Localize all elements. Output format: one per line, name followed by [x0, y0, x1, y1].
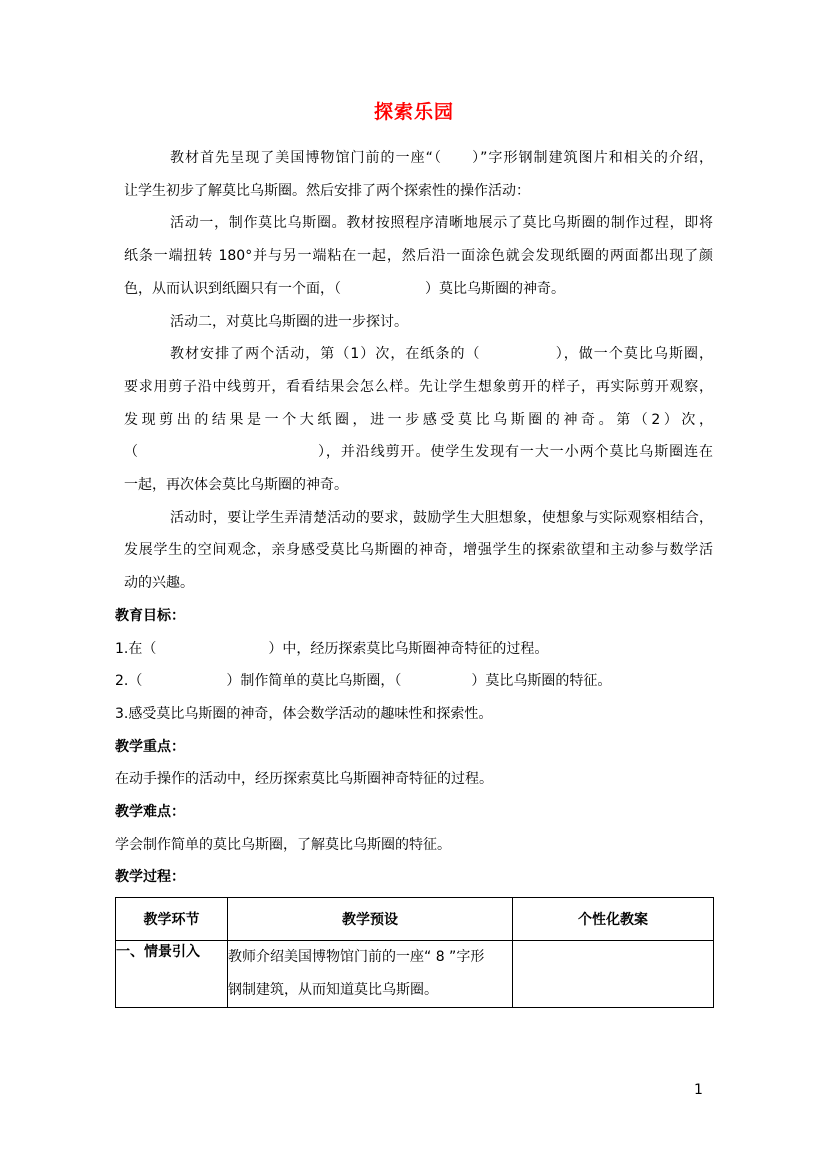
paragraph-line: 色，从而认识到纸圈只有一个面，（ ）莫比乌斯圈的神奇。 [124, 273, 713, 306]
paragraph-line: 学会制作简单的莫比乌斯圈，了解莫比乌斯圈的特征。 [115, 829, 713, 862]
page-number: 1 [694, 1081, 703, 1099]
header-cell-preset: 教学预设 [228, 898, 513, 941]
numbered-item: 2.（ ）制作简单的莫比乌斯圈，（ ）莫比乌斯圈的特征。 [115, 665, 713, 698]
paragraph-line: 活动一，制作莫比乌斯圈。教材按照程序清晰地展示了莫比乌斯圈的制作过程，即将 [124, 207, 713, 240]
section-heading-difficulties: 教学难点： [115, 796, 713, 829]
document-body: 教材首先呈现了美国博物馆门前的一座“（ ）”字形钢制建筑图片和相关的介绍， 让学… [115, 142, 713, 894]
cell-personalized [513, 941, 714, 1008]
header-cell-custom: 个性化教案 [513, 898, 714, 941]
cell-stage: 一、情景引入 [116, 941, 228, 1008]
table-header-row: 教学环节 教学预设 个性化教案 [116, 898, 714, 941]
cell-preset-line: 钢制建筑，从而知道莫比乌斯圈。 [228, 974, 512, 1007]
teaching-process-table: 教学环节 教学预设 个性化教案 一、情景引入 教师介绍美国博物馆门前的一座“ 8… [115, 897, 714, 1008]
section-heading-key-points: 教学重点： [115, 731, 713, 764]
paragraph-line: 活动时，要让学生弄清楚活动的要求，鼓励学生大胆想象，使想象与实际观察相结合， [124, 502, 713, 535]
paragraph-line: （ ），并沿线剪开。使学生发现有一大一小两个莫比乌斯圈连在 [124, 436, 713, 469]
paragraph-line: 一起，再次体会莫比乌斯圈的神奇。 [124, 469, 713, 502]
paragraph-line: 要求用剪子沿中线剪开，看看结果会怎么样。先让学生想象剪开的样子，再实际剪开观察， [124, 371, 713, 404]
paragraph-line: 动的兴趣。 [124, 567, 713, 600]
paragraph-line: 教材首先呈现了美国博物馆门前的一座“（ ）”字形钢制建筑图片和相关的介绍， [124, 142, 713, 175]
paragraph-line: 让学生初步了解莫比乌斯圈。然后安排了两个探索性的操作活动： [124, 175, 713, 208]
section-heading-objectives: 教育目标： [115, 600, 713, 633]
paragraph-line: 发现剪出的结果是一个大纸圈，进一步感受莫比乌斯圈的神奇。第（2）次， [124, 404, 713, 437]
table-row: 一、情景引入 教师介绍美国博物馆门前的一座“ 8 ”字形 钢制建筑，从而知道莫比… [116, 941, 714, 1008]
paragraph-line: 教材安排了两个活动，第（1）次，在纸条的（ ），做一个莫比乌斯圈， [124, 338, 713, 371]
paragraph-line: 活动二，对莫比乌斯圈的进一步探讨。 [124, 306, 713, 339]
cell-preset-line: 教师介绍美国博物馆门前的一座“ 8 ”字形 [228, 941, 512, 974]
section-heading-process: 教学过程： [115, 861, 713, 894]
page-title: 探索乐园 [115, 98, 713, 126]
paragraph-line: 在动手操作的活动中，经历探索莫比乌斯圈神奇特征的过程。 [115, 763, 713, 796]
numbered-item: 3.感受莫比乌斯圈的神奇，体会数学活动的趣味性和探索性。 [115, 698, 713, 731]
paragraph-line: 纸条一端扭转 180°并与另一端粘在一起，然后沿一面涂色就会发现纸圈的两面都出现… [124, 240, 713, 273]
paragraph-line: 发展学生的空间观念，亲身感受莫比乌斯圈的神奇，增强学生的探索欲望和主动参与数学活 [124, 534, 713, 567]
header-cell-stage: 教学环节 [116, 898, 228, 941]
cell-preset: 教师介绍美国博物馆门前的一座“ 8 ”字形 钢制建筑，从而知道莫比乌斯圈。 [228, 941, 513, 1008]
document-page: 探索乐园 教材首先呈现了美国博物馆门前的一座“（ ）”字形钢制建筑图片和相关的介… [0, 0, 827, 1170]
numbered-item: 1.在（ ）中，经历探索莫比乌斯圈神奇特征的过程。 [115, 633, 713, 666]
